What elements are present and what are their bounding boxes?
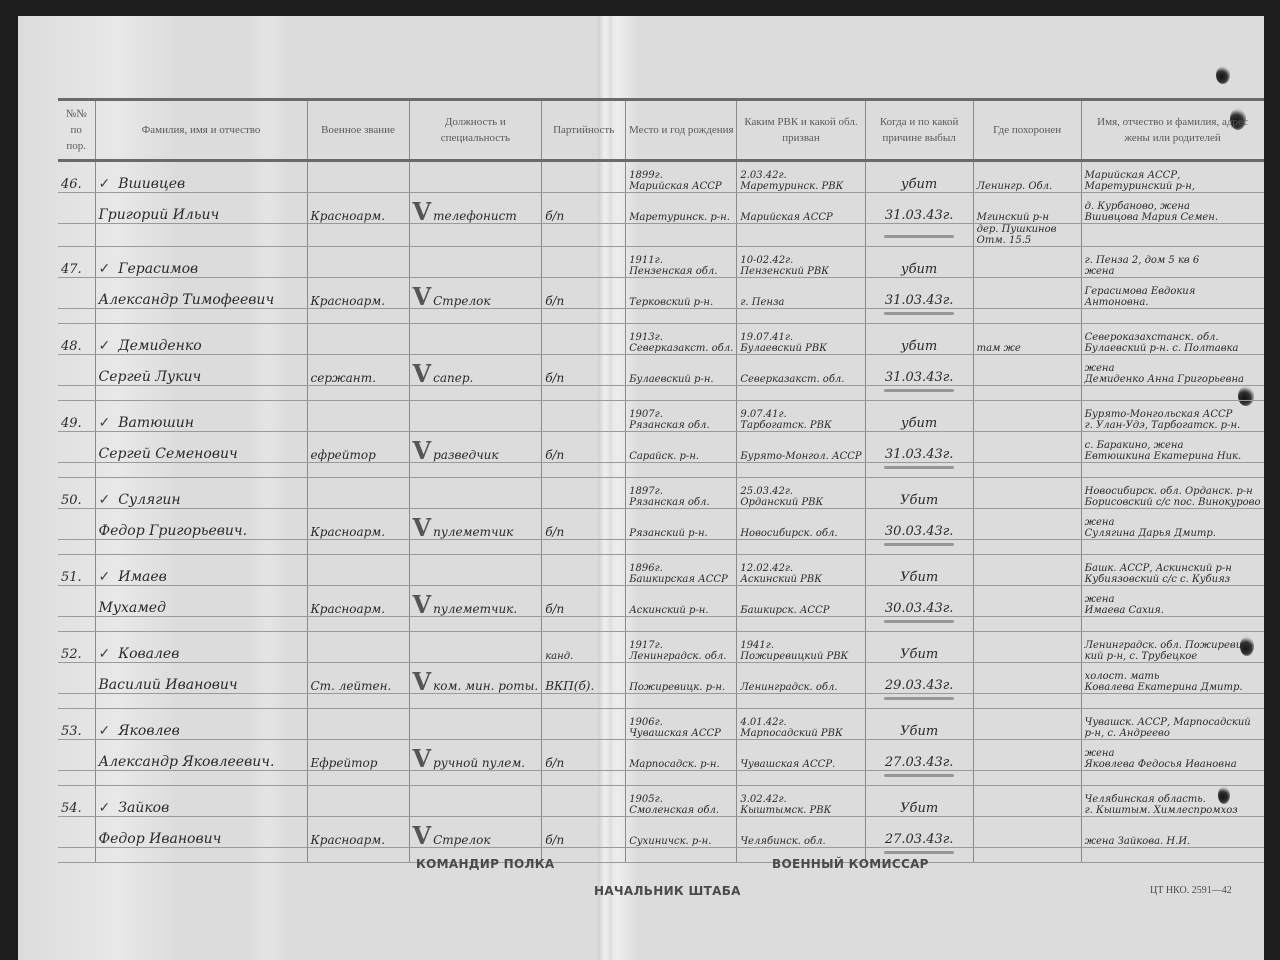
- spacer-cell: [973, 463, 1081, 478]
- relative-1: г. Пенза 2, дом 5 кв 6жена: [1081, 247, 1263, 278]
- party-text: б/п: [545, 756, 564, 770]
- verification-mark-icon: V: [413, 436, 432, 463]
- strike-line: [884, 543, 954, 546]
- row-number-empty: [58, 817, 95, 848]
- party: б/п: [542, 355, 626, 386]
- spacer-cell: [1081, 386, 1263, 401]
- party: б/п: [542, 817, 626, 848]
- birth-place-1: 1907г.Рязанская обл.: [626, 401, 737, 432]
- rvk-2: Чувашская АССР.: [737, 740, 865, 771]
- birth-year: 1897г.: [629, 486, 733, 497]
- rvk-2-text: Башкирск. АССР: [740, 605, 829, 616]
- spacer-cell: [58, 540, 95, 555]
- table-row-spacer: [58, 386, 1264, 401]
- relative-3: с. Баракино, женаЕвтюшкина Екатерина Ник…: [1081, 432, 1263, 463]
- row-number-text: 50.: [61, 493, 82, 508]
- spacer-cell: [626, 694, 737, 709]
- party-candidate: [542, 324, 626, 355]
- col-buried: Где похоронен: [973, 100, 1081, 161]
- birth-place-2: Аскинский р-н.: [626, 586, 737, 617]
- rvk-1: 25.03.42г.Орданский РВК: [737, 478, 865, 509]
- col-reason: Когда и по какой причине выбыл: [865, 100, 973, 161]
- rvk-date: 4.01.42г.: [740, 717, 861, 728]
- position-text: ком. мин. роты.: [433, 679, 538, 693]
- col-conscription: Каким РВК и какой обл. призван: [737, 100, 865, 161]
- birth-year: 1913г.: [629, 332, 733, 343]
- party-candidate: [542, 555, 626, 586]
- relative-4: Антоновна.: [1085, 297, 1261, 308]
- surname-text: Имаев: [118, 569, 167, 585]
- position-empty: [409, 478, 542, 509]
- rvk-2: г. Пенза: [737, 278, 865, 309]
- birth-place-1-text: Чувашская АССР: [629, 728, 721, 739]
- rvk-2: Башкирск. АССР: [737, 586, 865, 617]
- relative-1: Челябинская область.г. Кыштым. Химлеспро…: [1081, 786, 1263, 817]
- rank-empty: [307, 786, 409, 817]
- party: б/п: [542, 432, 626, 463]
- relative-1-text: Башк. АССР, Аскинский р-н: [1085, 563, 1232, 574]
- strike-line: [884, 235, 954, 238]
- given-name: Мухамед: [95, 586, 307, 617]
- party-text: ВКП(б).: [545, 679, 594, 693]
- relative-1: Марийская АССР,Маретуринский р-н,: [1081, 161, 1263, 193]
- spacer-cell: [307, 540, 409, 555]
- party-text: б/п: [545, 602, 564, 616]
- surname: ✓Имаев: [95, 555, 307, 586]
- rvk-1: 12.02.42г.Аскинский РВК: [737, 555, 865, 586]
- rvk-1: 19.07.41г.Булаевский РВК: [737, 324, 865, 355]
- buried-1: [973, 247, 1081, 278]
- spacer-cell: [626, 771, 737, 786]
- party-text: б/п: [545, 525, 564, 539]
- row-number: 54.: [58, 786, 95, 817]
- spacer-cell: [307, 386, 409, 401]
- party-candidate: [542, 161, 626, 193]
- relative-3: женаДемиденко Анна Григорьевна: [1081, 355, 1263, 386]
- birth-place-1: 1917г.Ленинградск. обл.: [626, 632, 737, 663]
- spacer-cell: [307, 694, 409, 709]
- buried-1: [973, 632, 1081, 663]
- rank-empty: [307, 555, 409, 586]
- verification-mark-icon: V: [413, 744, 432, 771]
- relative-3-text: д. Курбаново, жена: [1085, 201, 1190, 212]
- rvk-1-text: Орданский РВК: [740, 497, 823, 508]
- relative-1-text: Новосибирск. обл. Орданск. р-н: [1085, 486, 1253, 497]
- rvk-2: Челябинск. обл.: [737, 817, 865, 848]
- death-date-text: 27.03.43г.: [885, 755, 954, 770]
- relative-1-text: Ленинградск. обл. Пожиревиц-: [1085, 640, 1253, 651]
- rvk-2-text: Челябинск. обл.: [740, 836, 825, 847]
- reason-text: убит: [901, 339, 937, 354]
- surname-text: Зайков: [118, 800, 169, 816]
- row-number: 48.: [58, 324, 95, 355]
- spacer-cell: [95, 309, 307, 324]
- verification-mark-icon: V: [413, 821, 432, 848]
- check-mark-icon: ✓: [99, 800, 111, 816]
- spacer-cell: [542, 386, 626, 401]
- table-row: Федор ИвановичКрасноарм.VСтрелокб/пСухин…: [58, 817, 1264, 848]
- birth-place-2-text: Маретуринск. р-н.: [629, 212, 730, 223]
- position: VСтрелок: [409, 817, 542, 848]
- relative-3: женаСулягина Дарья Дмитр.: [1081, 509, 1263, 540]
- check-mark-icon: ✓: [99, 338, 111, 354]
- strike-line: [884, 697, 954, 700]
- spacer-cell: [973, 848, 1081, 863]
- row-number-text: 53.: [61, 724, 82, 739]
- commissar-label: ВОЕННЫЙ КОМИССАР: [772, 857, 929, 871]
- given-name-text: Мухамед: [99, 600, 166, 616]
- spacer-cell: [973, 771, 1081, 786]
- rvk-1-text: Марпосадский РВК: [740, 728, 842, 739]
- position-text: сапер.: [433, 371, 473, 385]
- table-row-spacer: [58, 309, 1264, 324]
- given-name-text: Василий Иванович: [99, 677, 238, 693]
- spacer-cell: [307, 617, 409, 632]
- death-date: 30.03.43г.: [865, 509, 973, 540]
- check-mark-icon: ✓: [99, 492, 111, 508]
- row-number-text: 47.: [61, 262, 82, 277]
- verification-mark-icon: V: [413, 513, 432, 540]
- position-text: ручной пулем.: [433, 756, 525, 770]
- spacer-cell: [626, 540, 737, 555]
- spacer-cell: [626, 463, 737, 478]
- spacer-cell: [542, 540, 626, 555]
- relative-3-text: с. Баракино, жена: [1085, 440, 1184, 451]
- spacer-cell: [737, 694, 865, 709]
- spacer-cell: [409, 771, 542, 786]
- surname-text: Яковлев: [118, 723, 180, 739]
- row-number-empty: [58, 663, 95, 694]
- reason: убит: [865, 247, 973, 278]
- table-row-spacer: [58, 771, 1264, 786]
- rank-text: Красноарм.: [311, 525, 386, 539]
- party-candidate: [542, 709, 626, 740]
- death-date-text: 27.03.43г.: [885, 832, 954, 847]
- birth-place-1-text: Рязанская обл.: [629, 497, 709, 508]
- relative-2: жена: [1085, 266, 1261, 277]
- spacer-cell: [1081, 617, 1263, 632]
- position: Vтелефонист: [409, 193, 542, 224]
- party-candidate: [542, 401, 626, 432]
- rank: сержант.: [307, 355, 409, 386]
- spacer-cell: [542, 463, 626, 478]
- death-date-text: 31.03.43г.: [885, 293, 954, 308]
- relative-4: Сулягина Дарья Дмитр.: [1085, 528, 1261, 539]
- rank-empty: [307, 709, 409, 740]
- given-name: Григорий Ильич: [95, 193, 307, 224]
- relative-3-text: жена: [1085, 363, 1115, 374]
- spacer-cell: [409, 386, 542, 401]
- surname-text: Демиденко: [118, 338, 201, 354]
- rvk-date: 25.03.42г.: [740, 486, 861, 497]
- relative-3: холост. матьКовалева Екатерина Дмитр.: [1081, 663, 1263, 694]
- rvk-2: Новосибирск. обл.: [737, 509, 865, 540]
- strike-line: [884, 466, 954, 469]
- surname: ✓Герасимов: [95, 247, 307, 278]
- spacer-cell: [626, 224, 737, 247]
- check-mark-icon: ✓: [99, 723, 111, 739]
- rank-text: Красноарм.: [311, 602, 386, 616]
- row-number-empty: [58, 193, 95, 224]
- buried-2-text: Мгинский р-н: [977, 212, 1049, 223]
- relative-2: г. Улан-Удэ, Тарбогатск. р-н.: [1085, 420, 1261, 431]
- table-row: 50.✓Сулягин1897г.Рязанская обл.25.03.42г…: [58, 478, 1264, 509]
- check-mark-icon: ✓: [99, 569, 111, 585]
- buried-3: дер. Пушкинов: [977, 224, 1057, 235]
- spacer-cell: [1081, 540, 1263, 555]
- relative-3-text: жена: [1085, 748, 1115, 759]
- spacer-cell: [58, 463, 95, 478]
- birth-place-1: 1913г.Северказакст. обл.: [626, 324, 737, 355]
- verification-mark-icon: V: [413, 667, 432, 694]
- death-date-text: 31.03.43г.: [885, 370, 954, 385]
- spacer-cell: [409, 224, 542, 247]
- row-number: 46.: [58, 161, 95, 193]
- table-row: МухамедКрасноарм.Vпулеметчик.б/пАскински…: [58, 586, 1264, 617]
- death-date-text: 30.03.43г.: [885, 524, 954, 539]
- relative-4: Яковлева Федосья Ивановна: [1085, 759, 1261, 770]
- birth-place-2: Терковский р-н.: [626, 278, 737, 309]
- spacer-cell: [865, 540, 973, 555]
- surname-text: Ватюшин: [118, 415, 194, 431]
- spacer-cell: [95, 771, 307, 786]
- strike-line: [884, 389, 954, 392]
- position-text: телефонист: [433, 209, 517, 223]
- row-number-text: 51.: [61, 570, 82, 585]
- buried-1: Ленингр. Обл.: [973, 161, 1081, 193]
- table-row: 53.✓Яковлев1906г.Чувашская АССР4.01.42г.…: [58, 709, 1264, 740]
- table-row: Сергей СеменовичефрейторVразведчикб/пСар…: [58, 432, 1264, 463]
- casualty-table: №№ по пор. Фамилия, имя и отчество Военн…: [58, 98, 1264, 863]
- party-text: б/п: [545, 371, 564, 385]
- row-number-empty: [58, 278, 95, 309]
- spacer-cell: [307, 224, 409, 247]
- spacer-cell: [95, 617, 307, 632]
- rvk-date: 1941г.: [740, 640, 861, 651]
- relative-1: Североказахстанск. обл.Булаевский р-н. с…: [1081, 324, 1263, 355]
- spacer-cell: [865, 386, 973, 401]
- given-name-text: Сергей Семенович: [99, 446, 238, 462]
- position: Vручной пулем.: [409, 740, 542, 771]
- buried-1: [973, 478, 1081, 509]
- spacer-cell: [973, 617, 1081, 632]
- birth-place-2-text: Пожиревицк. р-н.: [629, 682, 725, 693]
- death-date: 31.03.43г.: [865, 193, 973, 224]
- rank-empty: [307, 247, 409, 278]
- surname: ✓Зайков: [95, 786, 307, 817]
- table-row: Федор Григорьевич.Красноарм.Vпулеметчикб…: [58, 509, 1264, 540]
- surname-text: Вшивцев: [118, 176, 185, 192]
- position: Vпулеметчик.: [409, 586, 542, 617]
- relative-3-text: холост. мать: [1085, 671, 1160, 682]
- rank-text: сержант.: [311, 371, 376, 385]
- spacer-cell: [626, 848, 737, 863]
- spacer-cell: [307, 771, 409, 786]
- birth-place-1: 1899г.Марийская АССР: [626, 161, 737, 193]
- buried-2: [973, 509, 1081, 540]
- birth-place-1-text: Башкирская АССР: [629, 574, 728, 585]
- relative-1-text: Чувашск. АССР, Марпосадский: [1085, 717, 1251, 728]
- table-row-spacer: [58, 540, 1264, 555]
- buried-2: [973, 432, 1081, 463]
- rvk-2: Северказакст. обл.: [737, 355, 865, 386]
- row-number: 52.: [58, 632, 95, 663]
- reason-text: Убит: [900, 570, 938, 585]
- spacer-cell: [865, 617, 973, 632]
- birth-place-2-text: Терковский р-н.: [629, 297, 713, 308]
- given-name: Сергей Семенович: [95, 432, 307, 463]
- buried-2: [973, 355, 1081, 386]
- spacer-cell: [865, 224, 973, 247]
- given-name-text: Александр Тимофеевич: [99, 292, 275, 308]
- col-position: Должность и специальность: [409, 100, 542, 161]
- party-candidate: [542, 478, 626, 509]
- table-row: 52.✓Ковалевканд.1917г.Ленинградск. обл.1…: [58, 632, 1264, 663]
- position-text: Стрелок: [433, 833, 490, 847]
- row-number-text: 52.: [61, 647, 82, 662]
- row-number-text: 48.: [61, 339, 82, 354]
- table-row-spacer: [58, 848, 1264, 863]
- birth-place-1-text: Северказакст. обл.: [629, 343, 733, 354]
- relative-1-text: Челябинская область.: [1085, 794, 1206, 805]
- relative-4: Имаева Сахия.: [1085, 605, 1261, 616]
- rvk-date: 2.03.42г.: [740, 170, 861, 181]
- rvk-2-text: Новосибирск. обл.: [740, 528, 837, 539]
- relative-2: г. Кыштым. Химлеспромхоз: [1085, 805, 1261, 816]
- position-empty: [409, 786, 542, 817]
- position-text: пулеметчик: [433, 525, 513, 539]
- strike-line: [884, 312, 954, 315]
- rank: Красноарм.: [307, 586, 409, 617]
- relative-1: Новосибирск. обл. Орданск. р-нБорисовски…: [1081, 478, 1263, 509]
- table-row: 51.✓Имаев1896г.Башкирская АССР12.02.42г.…: [58, 555, 1264, 586]
- reason-text: убит: [901, 416, 937, 431]
- relative-1-text: Марийская АССР,: [1085, 170, 1181, 181]
- relative-3: жена Зайкова. Н.И.: [1081, 817, 1263, 848]
- death-date: 31.03.43г.: [865, 355, 973, 386]
- party: б/п: [542, 509, 626, 540]
- rank-text: Ст. лейтен.: [311, 679, 392, 693]
- rvk-1: 3.02.42г.Кыштымск. РВК: [737, 786, 865, 817]
- rank-text: Красноарм.: [311, 294, 386, 308]
- buried-2: [973, 817, 1081, 848]
- birth-place-1-text: Смоленская обл.: [629, 805, 719, 816]
- check-mark-icon: ✓: [99, 415, 111, 431]
- position: Vсапер.: [409, 355, 542, 386]
- table-row: 49.✓Ватюшин1907г.Рязанская обл.9.07.41г.…: [58, 401, 1264, 432]
- document-sheet: №№ по пор. Фамилия, имя и отчество Военн…: [18, 16, 1264, 960]
- relative-1: Бурято-Монгольская АССРг. Улан-Удэ, Тарб…: [1081, 401, 1263, 432]
- position-empty: [409, 324, 542, 355]
- row-number-empty: [58, 586, 95, 617]
- spacer-cell: [58, 617, 95, 632]
- check-mark-icon: ✓: [99, 646, 111, 662]
- spacer-cell: [865, 694, 973, 709]
- row-number-text: 54.: [61, 801, 82, 816]
- relative-2: Борисовский с/с пос. Винокурово: [1085, 497, 1261, 508]
- rvk-1-text: Пожиревицкий РВК: [740, 651, 848, 662]
- death-date-text: 31.03.43г.: [885, 447, 954, 462]
- birth-year: 1917г.: [629, 640, 733, 651]
- surname: ✓Яковлев: [95, 709, 307, 740]
- spacer-cell: [307, 848, 409, 863]
- birth-place-2-text: Рязанский р-н.: [629, 528, 708, 539]
- spacer-cell: [58, 224, 95, 247]
- surname: ✓Демиденко: [95, 324, 307, 355]
- buried-4: Отм. 15.5: [977, 235, 1078, 246]
- rvk-1: 4.01.42г.Марпосадский РВК: [737, 709, 865, 740]
- rvk-1-text: Пензенский РВК: [740, 266, 829, 277]
- reason-text: убит: [901, 177, 937, 192]
- buried-2: [973, 586, 1081, 617]
- verification-mark-icon: V: [413, 590, 432, 617]
- birth-place-2-text: Сухиничск. р-н.: [629, 836, 711, 847]
- birth-place-2-text: Марпосадск. р-н.: [629, 759, 719, 770]
- spacer-cell: [95, 540, 307, 555]
- rank: Красноарм.: [307, 817, 409, 848]
- birth-place-2-text: Булаевский р-н.: [629, 374, 713, 385]
- table-row: 54.✓Зайков1905г.Смоленская обл.3.02.42г.…: [58, 786, 1264, 817]
- spacer-cell: [542, 694, 626, 709]
- verification-mark-icon: V: [413, 359, 432, 386]
- row-number-empty: [58, 355, 95, 386]
- commander-label: КОМАНДИР ПОЛКА: [416, 857, 555, 871]
- birth-place-1: 1905г.Смоленская обл.: [626, 786, 737, 817]
- party-text: б/п: [545, 833, 564, 847]
- buried-1: [973, 401, 1081, 432]
- position-empty: [409, 709, 542, 740]
- surname-text: Ковалев: [118, 646, 179, 662]
- death-date: 30.03.43г.: [865, 586, 973, 617]
- birth-place-2: Маретуринск. р-н.: [626, 193, 737, 224]
- rvk-1-text: Аскинский РВК: [740, 574, 822, 585]
- spacer-cell: [95, 386, 307, 401]
- relative-3: д. Курбаново, женаВшивцова Мария Семен.: [1081, 193, 1263, 224]
- table-row: Григорий ИльичКрасноарм.Vтелефонистб/пМа…: [58, 193, 1264, 224]
- relative-3: женаИмаева Сахия.: [1081, 586, 1263, 617]
- spacer-cell: [95, 848, 307, 863]
- surname: ✓Ковалев: [95, 632, 307, 663]
- rvk-1-text: Кыштымск. РВК: [740, 805, 831, 816]
- spacer-cell: [95, 463, 307, 478]
- relative-4: Евтюшкина Екатерина Ник.: [1085, 451, 1261, 462]
- spacer-cell: [1081, 771, 1263, 786]
- col-birth: Место и год рождения: [626, 100, 737, 161]
- strike-line: [884, 774, 954, 777]
- rvk-2-text: Северказакст. обл.: [740, 374, 844, 385]
- rank-empty: [307, 324, 409, 355]
- death-date: 29.03.43г.: [865, 663, 973, 694]
- rvk-2: Марийская АССР: [737, 193, 865, 224]
- spacer-cell: [542, 617, 626, 632]
- spacer-cell: [626, 617, 737, 632]
- position-empty: [409, 161, 542, 193]
- given-name-text: Сергей Лукич: [99, 369, 202, 385]
- birth-year: 1907г.: [629, 409, 733, 420]
- strike-line: [884, 851, 954, 854]
- relative-1: Ленинградск. обл. Пожиревиц-кий р-н, с. …: [1081, 632, 1263, 663]
- buried-2: [973, 278, 1081, 309]
- birth-place-1-text: Пензенская обл.: [629, 266, 717, 277]
- reason-text: Убит: [900, 647, 938, 662]
- rank-text: Красноарм.: [311, 209, 386, 223]
- birth-year: 1905г.: [629, 794, 733, 805]
- rank-empty: [307, 478, 409, 509]
- spacer-cell: [973, 386, 1081, 401]
- spacer-cell: [1081, 848, 1263, 863]
- spacer-cell: [409, 463, 542, 478]
- position-empty: [409, 555, 542, 586]
